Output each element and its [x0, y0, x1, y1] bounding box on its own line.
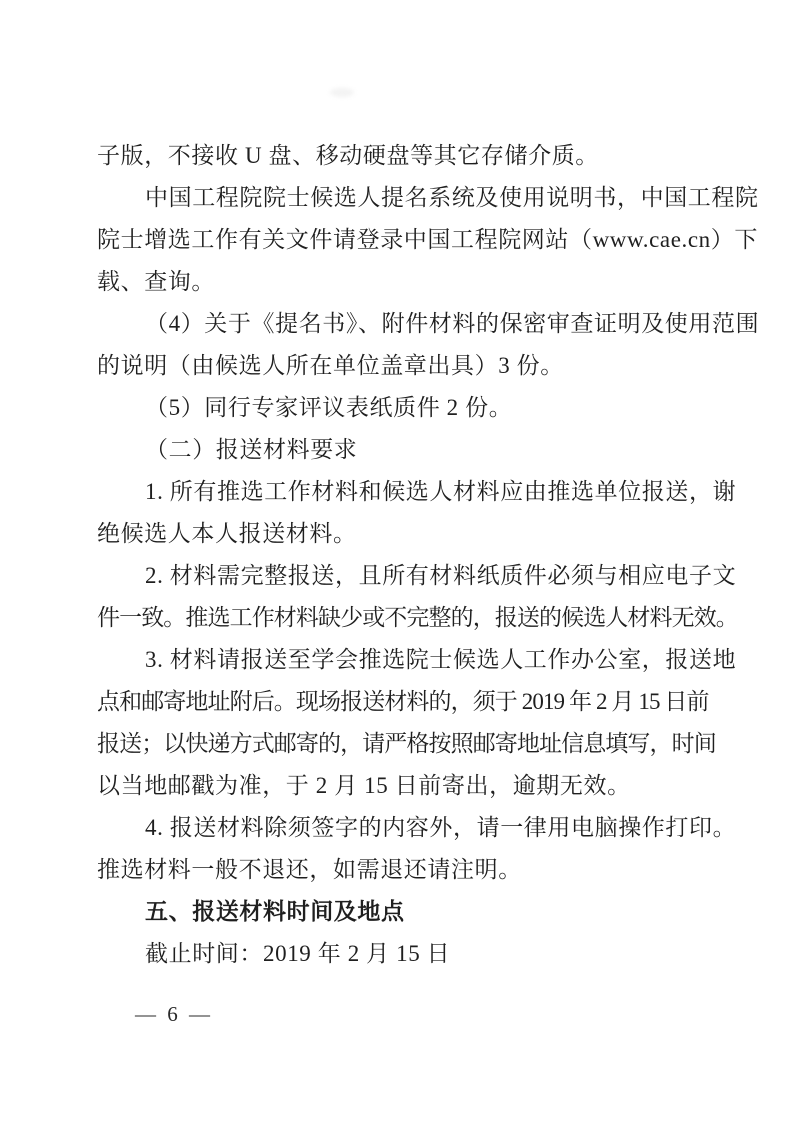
text-line: 院士增选工作有关文件请登录中国工程院网站（www.cae.cn）下: [97, 219, 717, 261]
paragraph-deadline: 截止时间：2019 年 2 月 15 日: [97, 933, 717, 975]
text-line: （5）同行专家评议表纸质件 2 份。: [97, 387, 717, 429]
paragraph-storage-media: 子版，不接收 U 盘、移动硬盘等其它存储介质。: [97, 135, 717, 177]
text-line: （二）报送材料要求: [97, 429, 717, 471]
text-line: 以当地邮戳为准，于 2 月 15 日前寄出，逾期无效。: [97, 765, 717, 807]
subsection-heading-submission-requirements: （二）报送材料要求: [97, 429, 717, 471]
text-line: 载、查询。: [97, 261, 717, 303]
text-line: 中国工程院院士候选人提名系统及使用说明书，中国工程院: [97, 177, 717, 219]
text-line: 推选材料一般不退还，如需退还请注明。: [97, 849, 717, 891]
text-line: 绝候选人本人报送材料。: [97, 513, 717, 555]
text-line: 报送；以快递方式邮寄的，请严格按照邮寄地址信息填写，时间: [97, 723, 717, 765]
text-line: 点和邮寄地址附后。现场报送材料的，须于 2019 年 2 月 15 日前: [97, 681, 717, 723]
paragraph-cae-website: 中国工程院院士候选人提名系统及使用说明书，中国工程院 院士增选工作有关文件请登录…: [97, 177, 717, 303]
paragraph-requirement-3: 3. 材料请报送至学会推选院士候选人工作办公室，报送地 点和邮寄地址附后。现场报…: [97, 639, 717, 807]
section-heading-submission-time-place: 五、报送材料时间及地点: [97, 891, 717, 933]
document-body: 子版，不接收 U 盘、移动硬盘等其它存储介质。 中国工程院院士候选人提名系统及使…: [97, 135, 717, 975]
paragraph-requirement-4: 4. 报送材料除须签字的内容外，请一律用电脑操作打印。 推选材料一般不退还，如需…: [97, 807, 717, 891]
scanned-document-page: { "document": { "paragraphs": [ { "lines…: [0, 0, 800, 1131]
paragraph-requirement-1: 1. 所有推选工作材料和候选人材料应由推选单位报送，谢 绝候选人本人报送材料。: [97, 471, 717, 555]
page-number: — 6 —: [135, 999, 213, 1029]
text-line: 2. 材料需完整报送，且所有材料纸质件必须与相应电子文: [97, 555, 717, 597]
section-heading-text: 五、报送材料时间及地点: [97, 891, 717, 933]
text-line: 1. 所有推选工作材料和候选人材料应由推选单位报送，谢: [97, 471, 717, 513]
text-line: 3. 材料请报送至学会推选院士候选人工作办公室，报送地: [97, 639, 717, 681]
text-line: 件一致。推选工作材料缺少或不完整的，报送的候选人材料无效。: [97, 597, 717, 639]
paragraph-requirement-2: 2. 材料需完整报送，且所有材料纸质件必须与相应电子文 件一致。推选工作材料缺少…: [97, 555, 717, 639]
text-line: （4）关于《提名书》、附件材料的保密审查证明及使用范围: [97, 303, 717, 345]
text-line: 的说明（由候选人所在单位盖章出具）3 份。: [97, 345, 717, 387]
text-line: 子版，不接收 U 盘、移动硬盘等其它存储介质。: [97, 135, 717, 177]
paragraph-item-4: （4）关于《提名书》、附件材料的保密审查证明及使用范围 的说明（由候选人所在单位…: [97, 303, 717, 387]
text-line: 4. 报送材料除须签字的内容外，请一律用电脑操作打印。: [97, 807, 717, 849]
text-line: 截止时间：2019 年 2 月 15 日: [97, 933, 717, 975]
paragraph-item-5: （5）同行专家评议表纸质件 2 份。: [97, 387, 717, 429]
scan-smudge-artifact: [330, 88, 354, 97]
